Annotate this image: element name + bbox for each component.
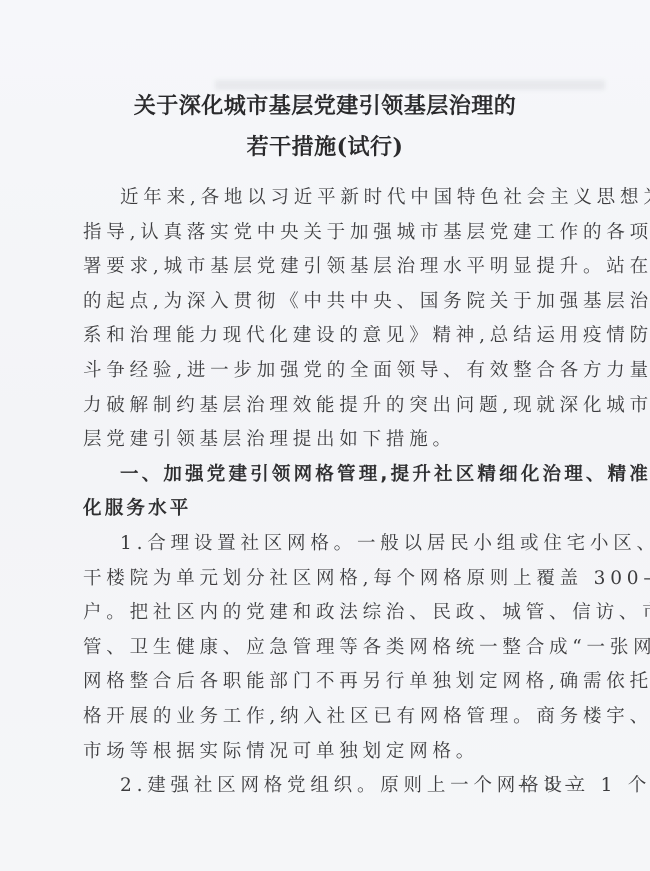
text-line: 网格整合后各职能部门不再另行单独划定网格,确需依托网 [83,665,583,700]
document-page: 关于深化城市基层党建引领基层治理的 若干措施(试行) 近年来,各地以习近平新时代… [0,0,650,871]
text-line: 近年来,各地以习近平新时代中国特色社会主义思想为 [83,181,583,216]
text-line: 市场等根据实际情况可单独划定网格。 [83,735,583,770]
heading-line: 一、加强党建引领网格管理,提升社区精细化治理、精准 [83,458,583,493]
document-title-line-1: 关于深化城市基层党建引领基层治理的 [0,89,650,120]
text-line: 层党建引领基层治理提出如下措施。 [83,423,583,458]
text-line: 2.建强社区网格党组织。原则上一个网格设立 1 个党支 [83,769,583,804]
document-body: 近年来,各地以习近平新时代中国特色社会主义思想为 指导,认真落实党中央关于加强城… [83,181,583,804]
text-line: 的起点,为深入贯彻《中共中央、国务院关于加强基层治理体 [83,285,583,320]
heading-line: 化服务水平 [83,492,583,527]
item-2-paragraph: 2.建强社区网格党组织。原则上一个网格设立 1 个党支 [83,769,583,804]
intro-paragraph: 近年来,各地以习近平新时代中国特色社会主义思想为 指导,认真落实党中央关于加强城… [83,181,583,458]
text-line: 户。把社区内的党建和政法综治、民政、城管、信访、市场监 [83,596,583,631]
text-line: 斗争经验,进一步加强党的全面领导、有效整合各方力量,着 [83,354,583,389]
text-line: 署要求,城市基层党建引领基层治理水平明显提升。站在新 [83,250,583,285]
section-1-heading: 一、加强党建引领网格管理,提升社区精细化治理、精准 化服务水平 [83,458,583,527]
page-number: — 3 — [518,775,584,795]
text-line: 管、卫生健康、应急管理等各类网格统一整合成“一张网”。 [83,631,583,666]
text-line: 力破解制约基层治理效能提升的突出问题,现就深化城市基 [83,389,583,424]
text-line: 格开展的业务工作,纳入社区已有网格管理。商务楼宇、商圈 [83,700,583,735]
item-1-paragraph: 1.合理设置社区网格。一般以居民小组或住宅小区、若 干楼院为单元划分社区网格,每… [83,527,583,769]
text-line: 指导,认真落实党中央关于加强城市基层党建工作的各项部 [83,216,583,251]
text-line: 干楼院为单元划分社区网格,每个网格原则上覆盖 300—500 [83,562,583,597]
text-line: 系和治理能力现代化建设的意见》精神,总结运用疫情防控 [83,319,583,354]
text-line: 1.合理设置社区网格。一般以居民小组或住宅小区、若 [83,527,583,562]
document-title-line-2: 若干措施(试行) [0,130,650,161]
